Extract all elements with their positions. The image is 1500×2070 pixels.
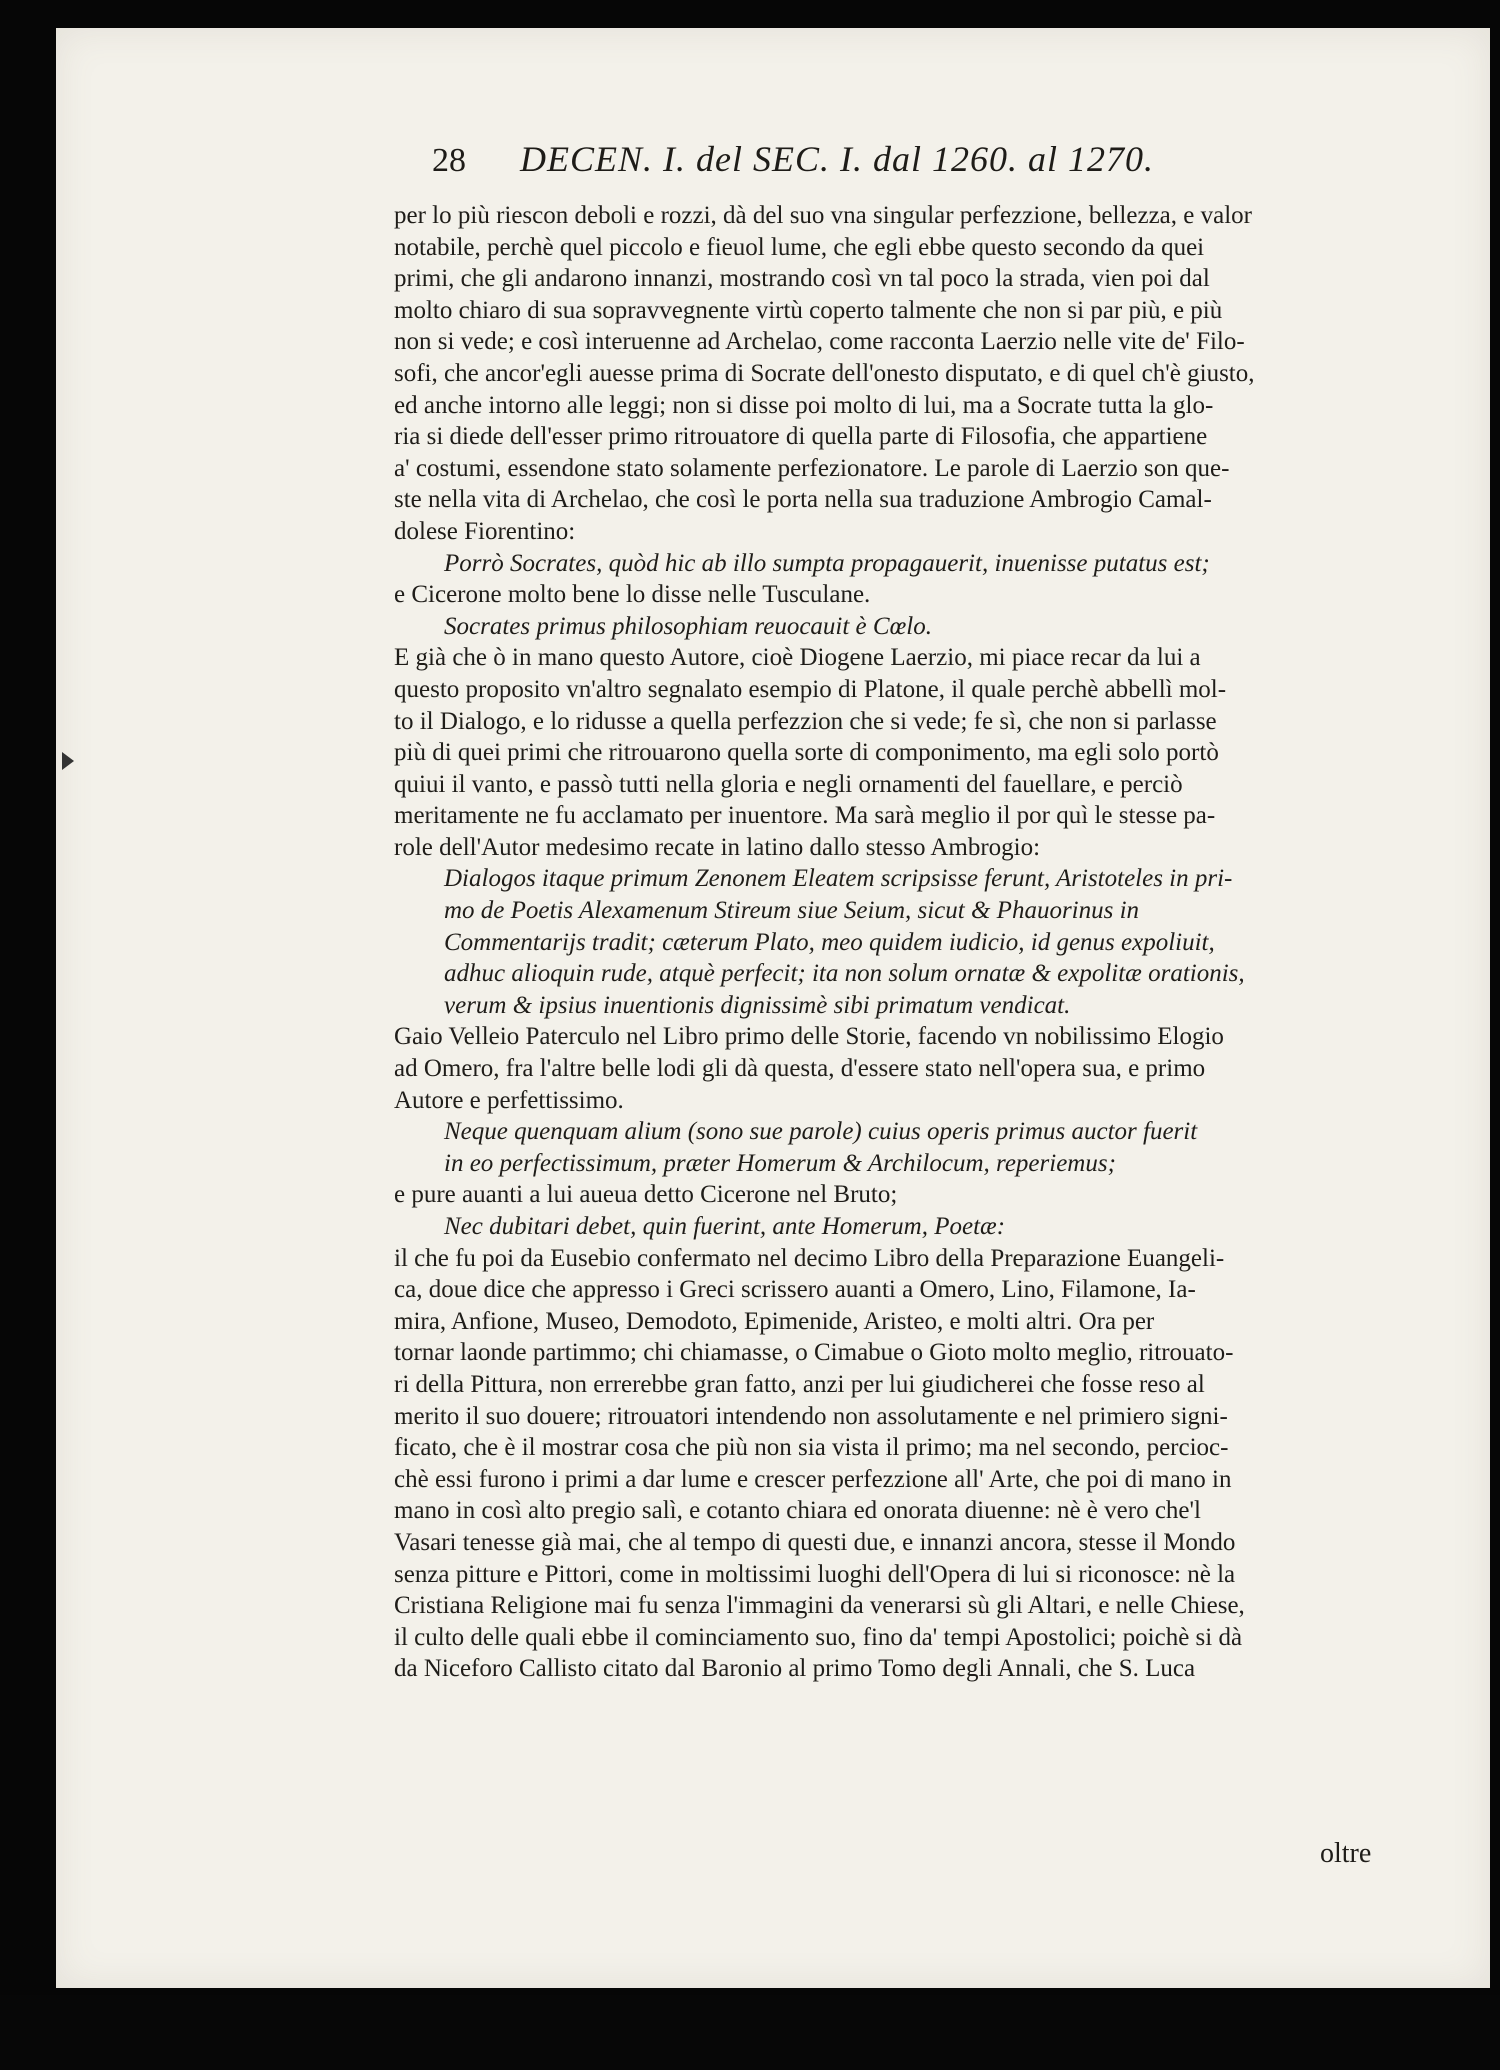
latin-quote-line: Porrò Socrates, quòd hic ab illo sumpta … (394, 548, 1404, 580)
text-line: quiui il vanto, e passò tutti nella glor… (394, 769, 1404, 801)
text-line: e pure auanti a lui aueua detto Cicerone… (394, 1179, 1404, 1211)
text-line: mira, Anfione, Museo, Demodoto, Epimenid… (394, 1306, 1404, 1338)
text-line: ficato, che è il mostrar cosa che più no… (394, 1432, 1404, 1464)
text-line: e Cicerone molto bene lo disse nelle Tus… (394, 579, 1404, 611)
text-line: più di quei primi che ritrouarono quella… (394, 737, 1404, 769)
text-line: per lo più riescon deboli e rozzi, dà de… (394, 200, 1404, 232)
text-line: il culto delle quali ebbe il cominciamen… (394, 1622, 1404, 1654)
text-line: ste nella vita di Archelao, che così le … (394, 484, 1404, 516)
text-line: mano in così alto pregio salì, e cotanto… (394, 1495, 1404, 1527)
scan-background (0, 1995, 1500, 2070)
page-number: 28 (432, 142, 466, 180)
body-text: per lo più riescon deboli e rozzi, dà de… (394, 200, 1404, 1685)
text-line: merito il suo douere; ritrouatori intend… (394, 1401, 1404, 1433)
text-line: Cristiana Religione mai fu senza l'immag… (394, 1590, 1404, 1622)
text-line: tornar laonde partimmo; chi chiamasse, o… (394, 1337, 1404, 1369)
text-line: primi, che gli andarono innanzi, mostran… (394, 263, 1404, 295)
text-line: meritamente ne fu acclamato per inuentor… (394, 800, 1404, 832)
text-line: chè essi furono i primi a dar lume e cre… (394, 1464, 1404, 1496)
latin-quote-line: in eo perfectissimum, præter Homerum & A… (394, 1148, 1404, 1180)
page-edge-marker (62, 752, 74, 770)
text-line: role dell'Autor medesimo recate in latin… (394, 832, 1404, 864)
text-line: E già che ò in mano questo Autore, cioè … (394, 642, 1404, 674)
text-line: sofi, che ancor'egli auesse prima di Soc… (394, 358, 1404, 390)
text-line: ri della Pittura, non errerebbe gran fat… (394, 1369, 1404, 1401)
text-line: questo proposito vn'altro segnalato esem… (394, 674, 1404, 706)
text-line: notabile, perchè quel piccolo e fieuol l… (394, 232, 1404, 264)
text-line: molto chiaro di sua sopravvegnente virtù… (394, 295, 1404, 327)
text-line: non si vede; e così interuenne ad Archel… (394, 326, 1404, 358)
latin-quote-line: Dialogos itaque primum Zenonem Eleatem s… (394, 863, 1404, 895)
text-line: senza pitture e Pittori, come in moltiss… (394, 1559, 1404, 1591)
text-line: ed anche intorno alle leggi; non si diss… (394, 390, 1404, 422)
latin-quote-line: Nec dubitari debet, quin fuerint, ante H… (394, 1211, 1404, 1243)
latin-quote-line: Socrates primus philosophiam reuocauit è… (394, 611, 1404, 643)
text-line: Vasari tenesse già mai, che al tempo di … (394, 1527, 1404, 1559)
text-line: Autore e perfettissimo. (394, 1085, 1404, 1117)
running-head: DECEN. I. del SEC. I. dal 1260. al 1270. (520, 138, 1154, 180)
text-line: ad Omero, fra l'altre belle lodi gli dà … (394, 1053, 1404, 1085)
page-header: 28 DECEN. I. del SEC. I. dal 1260. al 12… (432, 138, 1272, 198)
text-line: a' costumi, essendone stato solamente pe… (394, 453, 1404, 485)
text-line: Gaio Velleio Paterculo nel Libro primo d… (394, 1021, 1404, 1053)
text-line: il che fu poi da Eusebio confermato nel … (394, 1243, 1404, 1275)
latin-quote-line: Neque quenquam alium (sono sue parole) c… (394, 1116, 1404, 1148)
text-line: dolese Fiorentino: (394, 516, 1404, 548)
latin-quote-line: adhuc alioquin rude, atquè perfecit; ita… (394, 958, 1404, 990)
latin-quote-line: mo de Poetis Alexamenum Stireum siue Sei… (394, 895, 1404, 927)
text-line: to il Dialogo, e lo ridusse a quella per… (394, 706, 1404, 738)
catchword: oltre (1320, 1838, 1371, 1870)
text-line: ca, doue dice che appresso i Greci scris… (394, 1274, 1404, 1306)
text-line: da Niceforo Callisto citato dal Baronio … (394, 1653, 1404, 1685)
text-line: ria si diede dell'esser primo ritrouator… (394, 421, 1404, 453)
latin-quote-line: verum & ipsius inuentionis dignissimè si… (394, 990, 1404, 1022)
latin-quote-line: Commentarijs tradit; cæterum Plato, meo … (394, 927, 1404, 959)
